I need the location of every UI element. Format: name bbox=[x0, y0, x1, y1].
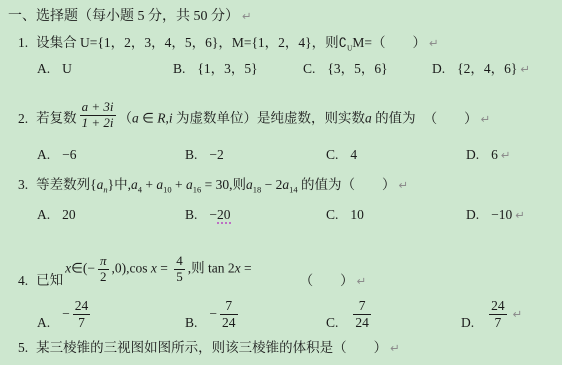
fraction: 247 bbox=[73, 298, 91, 330]
question-text: 设集合 U={1，2，3，4，5，6}，M={1，2，4}，则 bbox=[36, 35, 339, 50]
math-text: ∈(− bbox=[71, 261, 95, 276]
subscript: 16 bbox=[193, 185, 202, 195]
math-var: a bbox=[246, 177, 253, 192]
fraction-denominator: 7 bbox=[73, 314, 91, 331]
math-text: = 30,则 bbox=[201, 177, 246, 192]
option-value: 10 bbox=[350, 207, 364, 222]
question-text: 中, bbox=[114, 177, 131, 192]
option-d: D.247↵ bbox=[461, 308, 522, 340]
subscript: 14 bbox=[289, 185, 298, 195]
option-a: A.−6 bbox=[37, 146, 77, 163]
option-label: B. bbox=[185, 315, 197, 330]
fraction-numerator: 24 bbox=[73, 298, 91, 314]
option-value: 4 bbox=[350, 147, 357, 162]
question-3-options: A.20 B.−20 C.10 D.−10↵ bbox=[0, 206, 562, 226]
paragraph-mark: ↵ bbox=[357, 274, 367, 288]
paragraph-mark: ↵ bbox=[513, 307, 523, 321]
fraction: 724 bbox=[220, 298, 238, 330]
option-label: D. bbox=[461, 315, 474, 330]
complement-symbol: ∁ bbox=[339, 36, 347, 51]
math-text: ∈ bbox=[139, 111, 158, 126]
option-b: B.{1，3，5} bbox=[173, 60, 258, 77]
option-value: U bbox=[62, 61, 72, 76]
question-2: 2.若复数a + 3i1 + 2i（a ∈ R,i 为虚数单位）是纯虚数，则实数… bbox=[18, 104, 490, 135]
inline-equation: x∈(−π2,0),cos x = 45,则 tan 2x = bbox=[65, 254, 252, 285]
option-label: A. bbox=[37, 207, 50, 222]
fraction-numerator: a + 3i bbox=[80, 100, 116, 115]
option-value: {2，4，6} bbox=[457, 61, 517, 76]
paragraph-mark: ↵ bbox=[242, 9, 252, 23]
question-text: 的值为 bbox=[372, 111, 416, 126]
math-var: a bbox=[132, 111, 139, 126]
option-value: 6 bbox=[491, 147, 498, 162]
fraction: 724 bbox=[353, 298, 371, 330]
math-var: a bbox=[131, 177, 138, 192]
option-c: C.10 bbox=[326, 206, 364, 223]
question-number: 1. bbox=[18, 35, 28, 50]
option-label: D. bbox=[466, 207, 479, 222]
math-var: a bbox=[186, 177, 193, 192]
question-1-options: A.U B.{1，3，5} C.{3，5，6} D.{2，4，6}↵ bbox=[0, 60, 562, 80]
option-sign: − bbox=[209, 306, 217, 321]
document-page: 一、选择题（每小题 5 分，共 50 分）↵ 1.设集合 U={1，2，3，4，… bbox=[0, 0, 562, 365]
option-label: A. bbox=[37, 61, 50, 76]
subscript: 10 bbox=[163, 185, 172, 195]
math-text: + bbox=[142, 177, 156, 192]
option-value: {3，5，6} bbox=[327, 61, 387, 76]
fraction-denominator: 1 + 2i bbox=[80, 115, 116, 131]
fraction-numerator: 24 bbox=[489, 298, 507, 314]
question-number: 2. bbox=[18, 111, 28, 126]
fraction-numerator: 4 bbox=[174, 254, 185, 269]
math-text: = bbox=[157, 261, 171, 276]
section-title: 一、选择题（每小题 5 分，共 50 分）↵ bbox=[8, 7, 252, 26]
option-sign: − bbox=[209, 207, 217, 222]
option-c: C.4 bbox=[326, 146, 357, 163]
question-number: 5. bbox=[18, 340, 28, 355]
option-value: 20 bbox=[62, 207, 76, 222]
fraction: 45 bbox=[174, 254, 185, 285]
option-d: D.−10↵ bbox=[466, 206, 525, 224]
paragraph-mark: ↵ bbox=[429, 36, 439, 50]
paragraph-mark: ↵ bbox=[515, 208, 525, 222]
option-label: D. bbox=[466, 147, 479, 162]
question-text: 的值为（ ） bbox=[298, 177, 396, 192]
fraction: 247 bbox=[489, 298, 507, 330]
fraction-numerator: 7 bbox=[220, 298, 238, 314]
option-value: −10 bbox=[491, 207, 512, 222]
option-sign: − bbox=[62, 306, 70, 321]
question-text: 为虚数单位）是纯虚数，则实数 bbox=[173, 111, 365, 126]
option-b: B.−724 bbox=[185, 308, 241, 340]
paragraph-mark: ↵ bbox=[398, 178, 408, 192]
answer-blank: （ ） bbox=[424, 111, 478, 126]
math-text: = bbox=[241, 261, 252, 276]
question-number: 3. bbox=[18, 177, 28, 192]
option-b: B.−20 bbox=[185, 206, 231, 223]
math-var: R bbox=[157, 111, 165, 126]
fraction-denominator: 2 bbox=[98, 269, 109, 285]
question-4-options: A.−247 B.−724 C.724 D.247↵ bbox=[0, 308, 562, 330]
question-4: 4.已知x∈(−π2,0),cos x = 45,则 tan 2x =（ ）↵ bbox=[18, 254, 366, 290]
paragraph-mark: ↵ bbox=[520, 62, 530, 76]
question-text: 某三棱锥的三视图如图所示，则该三棱锥的体积是（ ） bbox=[36, 340, 387, 355]
option-label: B. bbox=[173, 61, 185, 76]
question-3: 3.等差数列{an}中,a4 + a10 + a16 = 30,则a18 − 2… bbox=[18, 176, 408, 199]
option-c: C.724 bbox=[326, 308, 374, 340]
question-text: 等差数列 bbox=[36, 177, 90, 192]
option-a: A.U bbox=[37, 60, 72, 77]
paragraph-mark: ↵ bbox=[501, 148, 511, 162]
fraction-denominator: 24 bbox=[220, 314, 238, 331]
question-text: （ bbox=[119, 111, 133, 126]
option-d: D.6↵ bbox=[466, 146, 511, 164]
question-5: 5.某三棱锥的三视图如图所示，则该三棱锥的体积是（ ）↵ bbox=[18, 339, 400, 357]
math-text: ,0),cos bbox=[112, 261, 151, 276]
fraction-denominator: 5 bbox=[174, 269, 185, 285]
option-value: −2 bbox=[209, 147, 223, 162]
option-label: D. bbox=[432, 61, 445, 76]
fraction-denominator: 7 bbox=[489, 314, 507, 331]
math-text: + bbox=[172, 177, 186, 192]
paragraph-mark: ↵ bbox=[390, 341, 400, 355]
answer-blank: （ ） bbox=[300, 273, 354, 288]
option-a: A.20 bbox=[37, 206, 76, 223]
spellcheck-underlined-value: 20 bbox=[217, 207, 231, 224]
question-text: 已知 bbox=[36, 273, 63, 288]
fraction-numerator: 7 bbox=[353, 298, 371, 314]
option-b: B.−2 bbox=[185, 146, 224, 163]
fraction-denominator: 24 bbox=[353, 314, 371, 331]
option-label: C. bbox=[326, 315, 338, 330]
question-number: 4. bbox=[18, 273, 28, 288]
option-c: C.{3，5，6} bbox=[303, 60, 388, 77]
question-1: 1.设集合 U={1，2，3，4，5，6}，M={1，2，4}，则∁UM=（ ）… bbox=[18, 34, 439, 57]
option-label: B. bbox=[185, 207, 197, 222]
paragraph-mark: ↵ bbox=[481, 112, 491, 126]
question-2-options: A.−6 B.−2 C.4 D.6↵ bbox=[0, 146, 562, 166]
fraction: a + 3i1 + 2i bbox=[80, 100, 116, 131]
question-text: M=（ ） bbox=[352, 35, 426, 50]
subscript: 18 bbox=[253, 185, 262, 195]
fraction: π2 bbox=[98, 254, 109, 285]
section-title-text: 一、选择题（每小题 5 分，共 50 分） bbox=[8, 9, 239, 24]
option-d: D.{2，4，6}↵ bbox=[432, 60, 530, 78]
option-label: C. bbox=[326, 147, 338, 162]
question-text: 若复数 bbox=[36, 111, 77, 126]
option-label: C. bbox=[303, 61, 315, 76]
option-label: A. bbox=[37, 147, 50, 162]
math-text: − 2 bbox=[261, 177, 282, 192]
option-label: C. bbox=[326, 207, 338, 222]
option-label: A. bbox=[37, 315, 50, 330]
math-text: ,则 tan 2 bbox=[188, 261, 235, 276]
option-value: −6 bbox=[62, 147, 76, 162]
math-var: a bbox=[365, 111, 372, 126]
option-a: A.−247 bbox=[37, 308, 93, 340]
option-value: {1，3，5} bbox=[197, 61, 257, 76]
fraction-numerator: π bbox=[98, 254, 109, 269]
option-label: B. bbox=[185, 147, 197, 162]
